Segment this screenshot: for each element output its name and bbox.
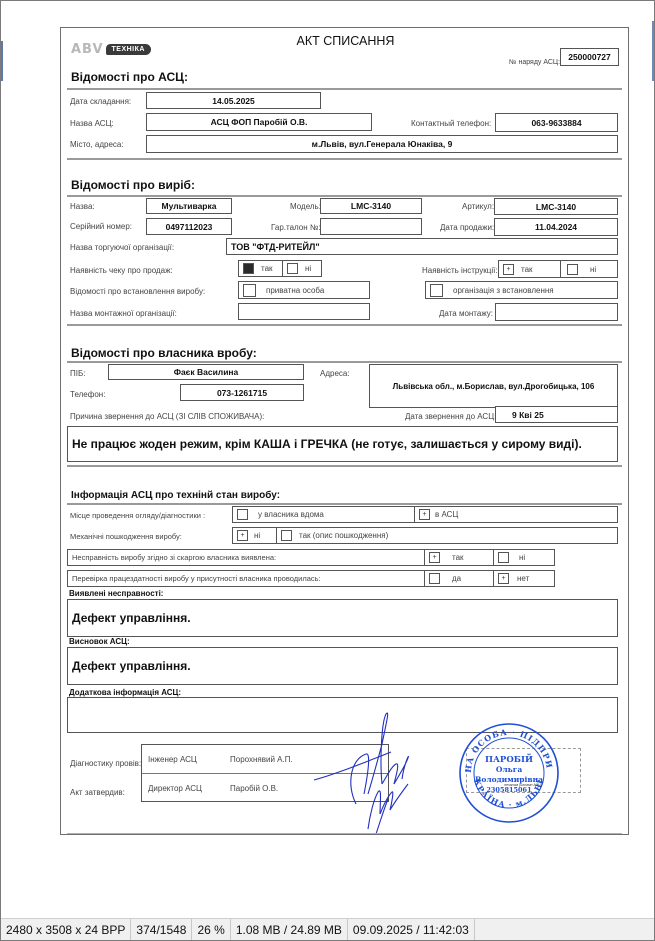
option-label: так (опис пошкодження) [299,531,388,540]
fault-confirmed-no-option[interactable]: ні [493,549,555,566]
instructions-yes-option[interactable]: + так [498,260,561,278]
document-page: ABV ТЕХНІКА АКТ СПИСАННЯ № наряду АСЦ: 2… [60,27,629,835]
next-image-edge[interactable] [652,21,654,81]
checkbox-plus-icon[interactable]: + [237,530,248,541]
checkbox-plus-icon[interactable]: + [503,264,514,275]
install-date-field [495,303,618,321]
order-number-label: № наряду АСЦ: [509,59,560,66]
option-label: приватна особа [266,286,324,295]
checkbox-plus-icon[interactable]: + [498,573,509,584]
section-divider [67,361,622,363]
installation-private-option[interactable]: приватна особа [238,281,370,299]
sale-date-label: Дата продажи: [440,223,494,232]
svg-text:Ольга: Ольга [496,765,523,774]
image-position: 374/1548 [131,919,192,940]
image-viewer-window: ABV ТЕХНІКА АКТ СПИСАННЯ № наряду АСЦ: 2… [0,0,655,941]
asc-name-label: Назва АСЦ: [70,119,114,128]
option-label: да [452,574,461,583]
serial-label: Серійний номер: [70,222,132,231]
image-dimensions: 2480 x 3508 x 24 BPP [1,919,131,940]
reason-field: Не працює жоден режим, крім КАША і ГРЕЧК… [67,426,618,462]
trade-org-field: ТОВ "ФТД-РИТЕЙЛ" [226,238,618,255]
option-label: ні [305,264,311,273]
section-divider [67,324,622,326]
receipt-yes-option[interactable]: так [238,260,283,277]
asc-section-title: Відомості про АСЦ: [71,70,188,84]
installation-org-option[interactable]: організація з встановлення [425,281,618,299]
checkbox-icon[interactable] [287,263,298,274]
status-bar: 2480 x 3508 x 24 BPP 374/1548 26 % 1.08 … [1,918,654,940]
approved-name: Паробій О.В. [230,784,278,793]
svg-text:печатка (штамп АСЦ): печатка (штамп АСЦ) [504,783,542,787]
zoom-level: 26 % [192,919,230,940]
install-date-label: Дата монтажу: [439,309,493,318]
checkbox-icon[interactable] [567,264,578,275]
memory-usage: 1.08 MB / 24.89 MB [231,919,348,940]
serial-field: 0497112023 [146,218,232,235]
additional-info-label: Додаткова інформація АСЦ: [69,688,181,697]
option-label: ні [519,553,525,562]
warranty-field [320,218,422,235]
product-name-field: Мультиварка [146,198,232,214]
damage-label: Механічні пошкодження виробу: [70,532,182,541]
resize-grip-icon[interactable] [642,919,654,940]
option-label: так [521,265,533,274]
receipt-no-option[interactable]: ні [282,260,322,277]
address-label: Місто, адреса: [70,140,124,149]
installation-label: Відомості про встановлення виробу: [70,287,205,296]
instructions-no-option[interactable]: ні [560,260,618,278]
checkbox-icon[interactable] [237,509,248,520]
svg-text:ПАРОБІЙ: ПАРОБІЙ [485,752,533,765]
damage-yes-option[interactable]: так (опис пошкодження) [276,527,618,544]
address-field: м.Львів, вул.Генерала Юнаківа, 9 [146,135,618,153]
fault-confirmed-label: Несправність виробу згідно зі скаргою вл… [67,549,425,566]
fault-confirmed-text: Несправність виробу згідно зі скаргою вл… [72,553,276,562]
article-field: LMC-3140 [494,198,618,215]
reason-label: Причина звернення до АСЦ (ЗІ СЛІВ СПОЖИВ… [70,412,264,421]
approved-role: Директор АСЦ [148,784,202,793]
approved-label: Акт затвердив: [70,788,125,797]
fault-confirmed-yes-option[interactable]: + так [424,549,494,566]
owner-check-no-option[interactable]: + нет [493,570,555,587]
checkbox-icon[interactable] [281,530,292,541]
owner-check-yes-option[interactable]: да [424,570,494,587]
conclusion-field: Дефект управління. [67,647,618,685]
option-label: в АСЦ [435,510,458,519]
section-divider [67,503,622,505]
section-divider [67,195,622,197]
checkbox-checked-icon[interactable] [243,263,254,274]
signature-icon [296,704,426,834]
tech-section-title: Інформація АСЦ про технінй стан виробу: [71,490,280,501]
option-label: ні [254,531,260,540]
option-label: у власника вдома [258,510,324,519]
owner-check-label: Перевірка працездатності виробу у присут… [67,570,425,587]
product-section-title: Відомості про виріб: [71,178,195,192]
owner-section-title: Відомості про власника вробу: [71,346,257,360]
diagnostics-label: Діагностику провів: [70,759,141,768]
owner-address-label: Адреса: [320,369,350,378]
owner-check-text: Перевірка працездатності виробу у присут… [72,574,321,583]
receipt-label: Наявність чеку про продаж: [70,266,173,275]
phone-label: Контактный телефон: [411,119,491,128]
model-field: LMC-3140 [320,198,422,214]
section-divider [67,158,622,160]
image-canvas[interactable]: ABV ТЕХНІКА АКТ СПИСАННЯ № наряду АСЦ: 2… [3,3,652,919]
request-date-field: 9 Кві 25 [495,406,618,423]
date-field: 14.05.2025 [146,92,321,109]
diagnostics-role: Інженер АСЦ [148,755,197,764]
inspection-home-option[interactable]: у власника вдома [232,506,415,523]
document-title: АКТ СПИСАННЯ [61,34,630,48]
found-faults-text: Дефект управління. [72,611,191,625]
option-label: організація з встановлення [453,286,554,295]
section-divider [67,465,622,467]
installer-label: Назва монтажної організації: [70,309,177,318]
reason-text: Не працює жоден режим, крім КАША і ГРЕЧК… [72,437,582,451]
product-name-label: Назва: [70,202,95,211]
trade-org-label: Назва торгуючої організації: [70,243,174,252]
option-label: нет [517,574,529,583]
damage-no-option[interactable]: + ні [232,527,277,544]
model-label: Модель: [290,202,321,211]
section-divider [67,88,622,90]
owner-name-label: ПІБ: [70,369,85,378]
date-label: Дата складання: [70,97,131,106]
option-label: так [261,264,273,273]
inspection-label: Місце проведення огляду/діагностики : [70,511,205,520]
article-label: Артикул: [462,202,494,211]
owner-address-field: Львівська обл., м.Борислав, вул.Дрогобиц… [369,364,618,408]
company-stamp-icon: ФІЗИЧНА ОСОБА · ПІДПРИЄМЕЦЬ УКРАЇНА · м.… [458,722,560,824]
instructions-label: Наявність інструкції: [422,266,498,275]
asc-name-field: АСЦ ФОП Паробій О.В. [146,113,372,131]
checkbox-icon[interactable] [429,573,440,584]
diagnostics-name: Порохнявий А.П. [230,755,293,764]
checkbox-icon[interactable] [430,284,443,297]
checkbox-icon[interactable] [243,284,256,297]
checkbox-plus-icon[interactable]: + [429,552,440,563]
option-label: так [452,553,464,562]
found-faults-field: Дефект управління. [67,599,618,637]
request-date-label: Дата звернення до АСЦ: [405,412,496,421]
conclusion-text: Дефект управління. [72,659,191,673]
svg-text:2305815061: 2305815061 [486,786,531,794]
option-label: ні [590,265,596,274]
found-faults-label: Виявлені несправності: [69,589,163,598]
warranty-label: Гар.талон №: [271,223,321,232]
sale-date-field: 11.04.2024 [494,218,618,236]
order-number-value: 250000727 [560,48,619,66]
checkbox-icon[interactable] [498,552,509,563]
page-bottom-rule [67,833,622,834]
file-datetime: 09.09.2025 / 11:42:03 [348,919,475,940]
checkbox-plus-icon[interactable]: + [419,509,430,520]
owner-phone-field: 073-1261715 [180,384,304,401]
installer-field [238,303,370,320]
owner-phone-label: Телефон: [70,390,105,399]
phone-field: 063-9633884 [495,113,618,132]
owner-name-field: Фаєк Василина [108,364,304,380]
conclusion-label: Висновок АСЦ: [69,637,130,646]
inspection-asc-option[interactable]: + в АСЦ [414,506,618,523]
